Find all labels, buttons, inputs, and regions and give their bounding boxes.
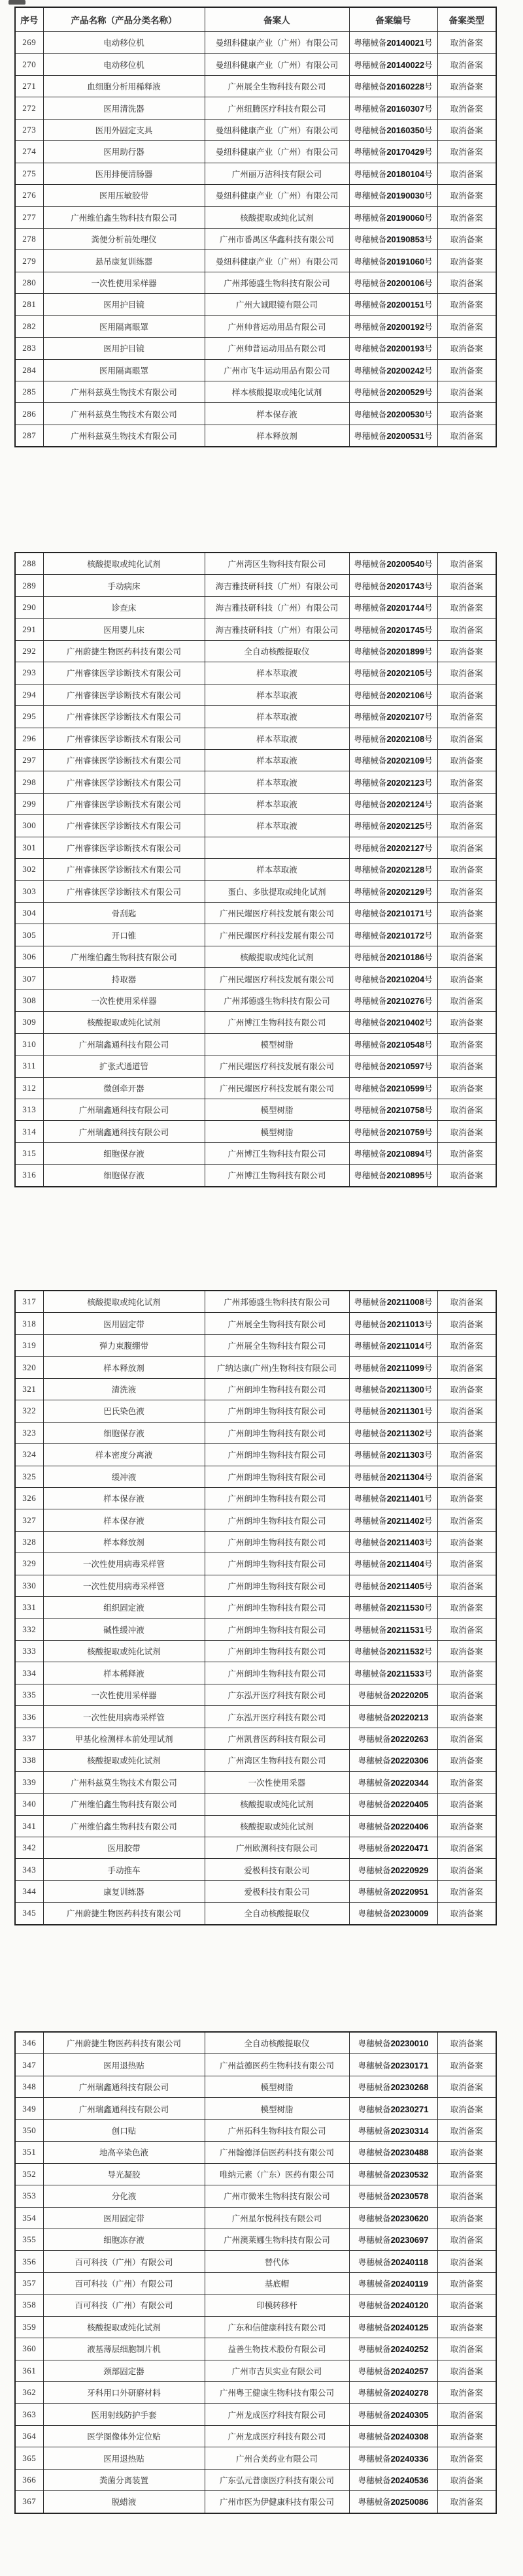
cell-registrant: 广东泓开医疗科技有限公司 — [205, 1706, 349, 1728]
cell-seq: 300 — [15, 815, 43, 837]
cell-reg-number: 粤穗械备20230268 — [349, 2076, 437, 2097]
table-row: 270电动移位机曼纽科健康产业（广州）有限公司粤穗械备20140022号取消备案 — [15, 54, 496, 75]
cell-reg-type: 取消备案 — [437, 250, 496, 272]
cell-reg-number: 粤穗械备20211533号 — [349, 1662, 437, 1684]
header-row: 序号产品名称（产品分类名称）备案人备案编号备案类型 — [15, 7, 496, 32]
cell-product-name: 广州睿徕医学诊断技术有限公司 — [43, 706, 205, 728]
cell-product-name: 广州维伯鑫生物科技有限公司 — [43, 206, 205, 228]
cell-product-name: 样本保存液 — [43, 1487, 205, 1509]
table-row: 288核酸提取或纯化试剂广州湾区生物科技有限公司粤穗械备20200540号取消备… — [15, 553, 496, 575]
cell-seq: 292 — [15, 640, 43, 662]
cell-reg-number: 粤穗械备20210895号 — [349, 1165, 437, 1187]
cell-reg-number: 粤穗械备20230488 — [349, 2142, 437, 2163]
cell-product-name: 样本保存液 — [43, 1509, 205, 1531]
cell-reg-type: 取消备案 — [437, 771, 496, 793]
column-header: 产品名称（产品分类名称） — [43, 7, 205, 32]
cell-seq: 339 — [15, 1771, 43, 1793]
cell-seq: 285 — [15, 381, 43, 403]
cell-product-name: 缓冲液 — [43, 1466, 205, 1487]
cell-seq: 316 — [15, 1165, 43, 1187]
cell-registrant: 模型树脂 — [205, 1121, 349, 1142]
cell-seq: 365 — [15, 2447, 43, 2469]
table-row: 297广州睿徕医学诊断技术有限公司样本萃取液粤穗械备20202109号取消备案 — [15, 749, 496, 771]
cell-registrant: 替代体 — [205, 2251, 349, 2272]
cell-product-name: 血细胞分析用稀释液 — [43, 75, 205, 97]
cell-product-name: 医用隔离眼罩 — [43, 315, 205, 337]
cell-seq: 357 — [15, 2272, 43, 2294]
table-row: 334样本稀释液广州朗坤生物科技有限公司粤穗械备20211533号取消备案 — [15, 1662, 496, 1684]
table-row: 307持取器广州民燿医疗科技发展有限公司粤穗械备20210204号取消备案 — [15, 968, 496, 990]
cell-registrant: 样本萃取液 — [205, 728, 349, 749]
cell-reg-number: 粤穗械备20211302号 — [349, 1422, 437, 1443]
table-row: 293广州睿徕医学诊断技术有限公司样本萃取液粤穗械备20202105号取消备案 — [15, 662, 496, 684]
table-row: 305开口锥广州民燿医疗科技发展有限公司粤穗械备20210172号取消备案 — [15, 924, 496, 946]
cell-reg-type: 取消备案 — [437, 425, 496, 447]
cell-product-name: 医用外固定支具 — [43, 119, 205, 140]
cell-registrant: 广州纽腾医疗科技有限公司 — [205, 97, 349, 119]
cell-product-name: 手动病床 — [43, 575, 205, 596]
cell-reg-type: 取消备案 — [437, 2425, 496, 2447]
cell-seq: 298 — [15, 771, 43, 793]
table-row: 309核酸提取或纯化试剂广州博江生物科技有限公司粤穗械备20210402号取消备… — [15, 1012, 496, 1033]
cell-product-name: 广州瑞鑫通科技有限公司 — [43, 1033, 205, 1055]
table-row: 354医用固定带广州星尔悦科技有限公司粤穗械备20230620取消备案 — [15, 2207, 496, 2229]
cell-registrant: 爱极科技有限公司 — [205, 1880, 349, 1902]
cell-seq: 352 — [15, 2163, 43, 2185]
cell-seq: 330 — [15, 1575, 43, 1596]
cell-product-name: 地高辛染色液 — [43, 2142, 205, 2163]
cell-reg-number: 粤穗械备20230271 — [349, 2098, 437, 2119]
cell-seq: 307 — [15, 968, 43, 990]
table-row: 347医用退热贴广州益德医药生物科技有限公司粤穗械备20230171取消备案 — [15, 2054, 496, 2076]
cell-seq: 362 — [15, 2382, 43, 2404]
cell-reg-number: 粤穗械备20240278 — [349, 2382, 437, 2404]
cell-product-name: 样本密度分离液 — [43, 1444, 205, 1466]
cell-product-name: 广州瑞鑫通科技有限公司 — [43, 2098, 205, 2119]
cell-reg-type: 取消备案 — [437, 903, 496, 924]
cell-reg-type: 取消备案 — [437, 1771, 496, 1793]
cell-product-name: 广州睿徕医学诊断技术有限公司 — [43, 793, 205, 814]
cell-reg-number: 粤穗械备20210276号 — [349, 990, 437, 1011]
cell-registrant: 广州博江生物科技有限公司 — [205, 1165, 349, 1187]
cell-reg-number: 粤穗械备20210758号 — [349, 1099, 437, 1120]
cell-reg-number: 粤穗械备20210599号 — [349, 1077, 437, 1099]
cell-product-name: 医用固定带 — [43, 1313, 205, 1334]
table-row: 364医学图像体外定位贴广州龙成医疗科技有限公司粤穗械备20240308取消备案 — [15, 2425, 496, 2447]
cell-reg-number: 粤穗械备20211013号 — [349, 1313, 437, 1334]
cell-seq: 343 — [15, 1859, 43, 1880]
cell-product-name: 持取器 — [43, 968, 205, 990]
cell-reg-number: 粤穗械备20210204号 — [349, 968, 437, 990]
cell-seq: 275 — [15, 163, 43, 184]
cell-reg-number: 粤穗械备20200540号 — [349, 553, 437, 575]
cell-seq: 295 — [15, 706, 43, 728]
cell-reg-type: 取消备案 — [437, 2294, 496, 2316]
cell-seq: 359 — [15, 2316, 43, 2338]
cell-product-name: 诊查床 — [43, 596, 205, 618]
cell-product-name: 核酸提取或纯化试剂 — [43, 553, 205, 575]
table-row: 361颈部固定器广州市吉贝实业有限公司粤穗械备20240257取消备案 — [15, 2360, 496, 2381]
cell-reg-type: 取消备案 — [437, 2382, 496, 2404]
cell-reg-type: 取消备案 — [437, 924, 496, 946]
cell-reg-number: 粤穗械备20200192号 — [349, 315, 437, 337]
table-row: 301广州睿徕医学诊断技术有限公司粤穗械备20202127号取消备案 — [15, 837, 496, 858]
cell-reg-type: 取消备案 — [437, 968, 496, 990]
cell-reg-number: 粤穗械备20211402号 — [349, 1509, 437, 1531]
cell-registrant: 广州市吉贝实业有限公司 — [205, 2360, 349, 2381]
cell-registrant: 广州丽万洁科技有限公司 — [205, 163, 349, 184]
cell-seq: 280 — [15, 272, 43, 293]
table-row: 276医用压敏胶带曼纽科健康产业（广州）有限公司粤穗械备20190030号取消备… — [15, 185, 496, 206]
cell-reg-number: 粤穗械备20202124号 — [349, 793, 437, 814]
cell-registrant: 核酸提取或纯化试剂 — [205, 1794, 349, 1815]
cell-reg-type: 取消备案 — [437, 1012, 496, 1033]
cell-registrant: 广州帅普运动用品有限公司 — [205, 315, 349, 337]
cell-seq: 367 — [15, 2491, 43, 2513]
cell-registrant: 模型树脂 — [205, 2098, 349, 2119]
cell-registrant: 海吉雅技研科技（广州）有限公司 — [205, 596, 349, 618]
table-row: 342医用胶带广州欧测科技有限公司粤穗械备20220471取消备案 — [15, 1837, 496, 1858]
cell-product-name: 导光凝胶 — [43, 2163, 205, 2185]
cell-seq: 342 — [15, 1837, 43, 1858]
cell-registrant: 广州湾区生物科技有限公司 — [205, 553, 349, 575]
cell-reg-number: 粤穗械备20211300号 — [349, 1378, 437, 1400]
cell-registrant: 曼纽科健康产业（广州）有限公司 — [205, 141, 349, 163]
cell-reg-number: 粤穗械备20200531号 — [349, 425, 437, 447]
cell-registrant: 广纳达康(广州)生物科技有限公司 — [205, 1357, 349, 1378]
cell-seq: 296 — [15, 728, 43, 749]
cell-reg-number: 粤穗械备20210759号 — [349, 1121, 437, 1142]
table-row: 339广州科兹莫生物技术有限公司一次性使用采器粤穗械备20220344取消备案 — [15, 1771, 496, 1793]
cell-reg-type: 取消备案 — [437, 1597, 496, 1618]
cell-reg-type: 取消备案 — [437, 2491, 496, 2513]
cell-seq: 293 — [15, 662, 43, 684]
table-row: 351地高辛染色液广州翰德泽信医药科技有限公司粤穗械备20230488取消备案 — [15, 2142, 496, 2163]
table-row: 341广州维伯鑫生物科技有限公司核酸提取或纯化试剂粤穗械备20220406取消备… — [15, 1815, 496, 1837]
cell-registrant: 广州朗坤生物科技有限公司 — [205, 1618, 349, 1640]
cell-seq: 291 — [15, 619, 43, 640]
table-row: 327样本保存液广州朗坤生物科技有限公司粤穗械备20211402号取消备案 — [15, 1509, 496, 1531]
table-row: 295广州睿徕医学诊断技术有限公司样本萃取液粤穗械备20202107号取消备案 — [15, 706, 496, 728]
cell-registrant: 广州邦德盛生物科技有限公司 — [205, 272, 349, 293]
cell-product-name: 广州蔚捷生物医药科技有限公司 — [43, 1903, 205, 1925]
cell-seq: 334 — [15, 1662, 43, 1684]
cell-seq: 284 — [15, 359, 43, 381]
cell-reg-type: 取消备案 — [437, 2229, 496, 2250]
cell-reg-type: 取消备案 — [437, 946, 496, 967]
cell-seq: 320 — [15, 1357, 43, 1378]
cell-reg-type: 取消备案 — [437, 1487, 496, 1509]
table-row: 366粪菌分离装置广东弘元普康医疗科技有限公司粤穗械备20240536取消备案 — [15, 2469, 496, 2490]
table-row: 365医用退热贴广州合美药业有限公司粤穗械备20240336取消备案 — [15, 2447, 496, 2469]
table-row: 285广州科兹莫生物技术有限公司样本核酸提取或纯化试剂粤穗械备20200529号… — [15, 381, 496, 403]
cell-product-name: 细胞冻存液 — [43, 2229, 205, 2250]
table-row: 304骨刮匙广州民燿医疗科技发展有限公司粤穗械备20210171号取消备案 — [15, 903, 496, 924]
cell-reg-number: 粤穗械备20202109号 — [349, 749, 437, 771]
cell-product-name: 广州瑞鑫通科技有限公司 — [43, 1099, 205, 1120]
table-row: 279悬吊康复训练器曼纽科健康产业（广州）有限公司粤穗械备20191060号取消… — [15, 250, 496, 272]
cell-registrant: 广州合美药业有限公司 — [205, 2447, 349, 2469]
cell-product-name: 广州蔚捷生物医药科技有限公司 — [43, 640, 205, 662]
cell-seq: 313 — [15, 1099, 43, 1120]
cell-reg-type: 取消备案 — [437, 1077, 496, 1099]
cell-registrant: 样本释放剂 — [205, 425, 349, 447]
cell-reg-type: 取消备案 — [437, 2447, 496, 2469]
cell-seq: 328 — [15, 1531, 43, 1553]
table-row: 355细胞冻存液广州澳莱娜生物科技有限公司粤穗械备20230697取消备案 — [15, 2229, 496, 2250]
cell-reg-type: 取消备案 — [437, 815, 496, 837]
cell-reg-type: 取消备案 — [437, 619, 496, 640]
cell-seq: 338 — [15, 1750, 43, 1771]
cell-registrant: 广州朗坤生物科技有限公司 — [205, 1444, 349, 1466]
table-row: 311扩张式通道管广州民燿医疗科技发展有限公司粤穗械备20210597号取消备案 — [15, 1055, 496, 1077]
table-row: 340广州维伯鑫生物科技有限公司核酸提取或纯化试剂粤穗械备20220405取消备… — [15, 1794, 496, 1815]
cell-registrant: 海吉雅技研科技（广州）有限公司 — [205, 575, 349, 596]
table-row: 356百可科技（广州）有限公司替代体粤穗械备20240118取消备案 — [15, 2251, 496, 2272]
cell-product-name: 广州科兹莫生物技术有限公司 — [43, 1771, 205, 1793]
cell-reg-type: 取消备案 — [437, 2185, 496, 2207]
cell-reg-type: 取消备案 — [437, 381, 496, 403]
cell-seq: 331 — [15, 1597, 43, 1618]
cell-reg-type: 取消备案 — [437, 1662, 496, 1684]
cell-registrant: 广州民燿医疗科技发展有限公司 — [205, 1077, 349, 1099]
table-row: 281医用护目镜广州大诚眼镜有限公司粤穗械备20200151号取消备案 — [15, 294, 496, 315]
cell-registrant: 全自动核酸提取仪 — [205, 2032, 349, 2054]
cell-reg-number: 粤穗械备20160228号 — [349, 75, 437, 97]
cell-product-name: 细胞保存液 — [43, 1422, 205, 1443]
table-row: 282医用隔离眼罩广州帅普运动用品有限公司粤穗械备20200192号取消备案 — [15, 315, 496, 337]
cell-seq: 309 — [15, 1012, 43, 1033]
cell-reg-type: 取消备案 — [437, 1165, 496, 1187]
cell-reg-type: 取消备案 — [437, 338, 496, 359]
cell-product-name: 牙科用口外研磨材料 — [43, 2382, 205, 2404]
column-header: 备案编号 — [349, 7, 437, 32]
cell-reg-number: 粤穗械备20201745号 — [349, 619, 437, 640]
cell-product-name: 扩张式通道管 — [43, 1055, 205, 1077]
table-row: 286广州科兹莫生物技术有限公司样本保存液粤穗械备20200530号取消备案 — [15, 403, 496, 425]
cell-seq: 344 — [15, 1880, 43, 1902]
cell-seq: 297 — [15, 749, 43, 771]
cell-registrant: 广州展全生物科技有限公司 — [205, 1313, 349, 1334]
cell-reg-number: 粤穗械备20210186号 — [349, 946, 437, 967]
cell-product-name: 广州瑞鑫通科技有限公司 — [43, 1121, 205, 1142]
cell-product-name: 医用射线防护手套 — [43, 2404, 205, 2425]
cell-reg-number: 粤穗械备20220205 — [349, 1684, 437, 1705]
table-row: 350创口贴广州拓科生物科技有限公司粤穗械备20230314取消备案 — [15, 2119, 496, 2141]
cell-seq: 326 — [15, 1487, 43, 1509]
cell-product-name: 一次性使用采样器 — [43, 990, 205, 1011]
cell-product-name: 样本释放剂 — [43, 1357, 205, 1378]
cell-reg-number: 粤穗械备20230697 — [349, 2229, 437, 2250]
cell-registrant: 广州邦德盛生物科技有限公司 — [205, 990, 349, 1011]
cell-seq: 327 — [15, 1509, 43, 1531]
cell-registrant: 广州民燿医疗科技发展有限公司 — [205, 1055, 349, 1077]
table-row: 275医用排便清肠器广州丽万洁科技有限公司粤穗械备20180104号取消备案 — [15, 163, 496, 184]
cell-reg-number: 粤穗械备20220406 — [349, 1815, 437, 1837]
table-row: 336一次性使用病毒采样管广东泓开医疗科技有限公司粤穗械备20220213取消备… — [15, 1706, 496, 1728]
cell-product-name: 核酸提取或纯化试剂 — [43, 1291, 205, 1313]
registration-table-page-1: 序号产品名称（产品分类名称）备案人备案编号备案类型269电动移位机曼纽科健康产业… — [14, 7, 496, 447]
cell-reg-type: 取消备案 — [437, 1880, 496, 1902]
cell-product-name: 样本释放剂 — [43, 1531, 205, 1553]
cell-registrant — [205, 837, 349, 858]
cell-reg-number: 粤穗械备20202106号 — [349, 684, 437, 705]
cell-product-name: 医用婴儿床 — [43, 619, 205, 640]
table-row: 300广州睿徕医学诊断技术有限公司样本萃取液粤穗械备20202125号取消备案 — [15, 815, 496, 837]
cell-seq: 278 — [15, 228, 43, 250]
cell-reg-number: 粤穗械备20220344 — [349, 1771, 437, 1793]
table-row: 317核酸提取或纯化试剂广州邦德盛生物科技有限公司粤穗械备20211008号取消… — [15, 1291, 496, 1313]
cell-reg-type: 取消备案 — [437, 1466, 496, 1487]
cell-reg-type: 取消备案 — [437, 662, 496, 684]
cell-seq: 336 — [15, 1706, 43, 1728]
cell-registrant: 广州朗坤生物科技有限公司 — [205, 1597, 349, 1618]
cell-product-name: 开口锥 — [43, 924, 205, 946]
table-row: 298广州睿徕医学诊断技术有限公司样本萃取液粤穗械备20202123号取消备案 — [15, 771, 496, 793]
cell-registrant: 广东和信健康科技有限公司 — [205, 2316, 349, 2338]
cell-registrant: 广州朗坤生物科技有限公司 — [205, 1553, 349, 1575]
cell-reg-type: 取消备案 — [437, 1641, 496, 1662]
cell-reg-number: 粤穗械备20200151号 — [349, 294, 437, 315]
cell-seq: 294 — [15, 684, 43, 705]
table-row: 278粪便分析前处理仪广州市番禺区华鑫科技有限公司粤穗械备20190853号取消… — [15, 228, 496, 250]
cell-registrant: 蛋白、多肽提取或纯化试剂 — [205, 880, 349, 902]
cell-seq: 305 — [15, 924, 43, 946]
table-row: 322巴氏染色液广州朗坤生物科技有限公司粤穗械备20211301号取消备案 — [15, 1400, 496, 1422]
cell-seq: 340 — [15, 1794, 43, 1815]
cell-registrant: 益善生物技术股份有限公司 — [205, 2338, 349, 2360]
cell-registrant: 核酸提取或纯化试剂 — [205, 946, 349, 967]
cell-reg-number: 粤穗械备20240305 — [349, 2404, 437, 2425]
cell-reg-type: 取消备案 — [437, 163, 496, 184]
cell-seq: 347 — [15, 2054, 43, 2076]
cell-product-name: 医用护目镜 — [43, 338, 205, 359]
cell-registrant: 广州粤王健康生物科技有限公司 — [205, 2382, 349, 2404]
cell-registrant: 样本萃取液 — [205, 662, 349, 684]
cell-registrant: 广州龙成医疗科技有限公司 — [205, 2425, 349, 2447]
cell-seq: 281 — [15, 294, 43, 315]
cell-reg-type: 取消备案 — [437, 1553, 496, 1575]
table-row: 314广州瑞鑫通科技有限公司模型树脂粤穗械备20210759号取消备案 — [15, 1121, 496, 1142]
cell-product-name: 样本稀释液 — [43, 1662, 205, 1684]
cell-product-name: 医用胶带 — [43, 1837, 205, 1858]
cell-reg-number: 粤穗械备20190030号 — [349, 185, 437, 206]
table-row: 333核酸提取或纯化试剂广州朗坤生物科技有限公司粤穗械备20211532号取消备… — [15, 1641, 496, 1662]
cell-seq: 345 — [15, 1903, 43, 1925]
cell-product-name: 广州睿徕医学诊断技术有限公司 — [43, 684, 205, 705]
cell-product-name: 广州睿徕医学诊断技术有限公司 — [43, 837, 205, 858]
cell-product-name: 粪便分析前处理仪 — [43, 228, 205, 250]
table-row: 343手动推车爱极科技有限公司粤穗械备20220929取消备案 — [15, 1859, 496, 1880]
cell-registrant: 广州凯普医药科技有限公司 — [205, 1728, 349, 1749]
cell-reg-type: 取消备案 — [437, 2251, 496, 2272]
cell-product-name: 清洗液 — [43, 1378, 205, 1400]
cell-registrant: 基底帽 — [205, 2272, 349, 2294]
cell-reg-number: 粤穗械备20211532号 — [349, 1641, 437, 1662]
cell-registrant: 全自动核酸提取仪 — [205, 640, 349, 662]
registration-table-page-2: 288核酸提取或纯化试剂广州湾区生物科技有限公司粤穗械备20200540号取消备… — [14, 552, 496, 1187]
cell-seq: 272 — [15, 97, 43, 119]
cell-reg-number: 粤穗械备20230620 — [349, 2207, 437, 2229]
cell-registrant: 广州朗坤生物科技有限公司 — [205, 1531, 349, 1553]
cell-seq: 332 — [15, 1618, 43, 1640]
cell-product-name: 广州科兹莫生物技术有限公司 — [43, 403, 205, 425]
cell-reg-number: 粤穗械备20220471 — [349, 1837, 437, 1858]
cell-seq: 271 — [15, 75, 43, 97]
cell-product-name: 碱性缓冲液 — [43, 1618, 205, 1640]
cell-registrant: 广州朗坤生物科技有限公司 — [205, 1509, 349, 1531]
cell-reg-number: 粤穗械备20211099号 — [349, 1357, 437, 1378]
cell-product-name: 一次性使用病毒采样管 — [43, 1706, 205, 1728]
cell-reg-type: 取消备案 — [437, 2054, 496, 2076]
cell-seq: 355 — [15, 2229, 43, 2250]
cell-seq: 301 — [15, 837, 43, 858]
cell-reg-number: 粤穗械备20220951 — [349, 1880, 437, 1902]
cell-seq: 286 — [15, 403, 43, 425]
cell-seq: 319 — [15, 1334, 43, 1356]
cell-seq: 324 — [15, 1444, 43, 1466]
cell-product-name: 一次性使用采样器 — [43, 1684, 205, 1705]
cell-seq: 333 — [15, 1641, 43, 1662]
cell-seq: 273 — [15, 119, 43, 140]
cell-reg-number: 粤穗械备20240536 — [349, 2469, 437, 2490]
cell-product-name: 广州瑞鑫通科技有限公司 — [43, 2076, 205, 2097]
table-row: 287广州科兹莫生物技术有限公司样本释放剂粤穗械备20200531号取消备案 — [15, 425, 496, 447]
cell-registrant: 一次性使用采器 — [205, 1771, 349, 1793]
cell-seq: 329 — [15, 1553, 43, 1575]
cell-reg-type: 取消备案 — [437, 97, 496, 119]
table-row: 353分化液广州市微米生物科技有限公司粤穗械备20230578取消备案 — [15, 2185, 496, 2207]
cell-product-name: 广州睿徕医学诊断技术有限公司 — [43, 771, 205, 793]
registration-table: 346广州蔚捷生物医药科技有限公司全自动核酸提取仪粤穗械备20230010取消备… — [14, 2031, 497, 2514]
cell-product-name: 医用排便清肠器 — [43, 163, 205, 184]
cell-seq: 363 — [15, 2404, 43, 2425]
cell-reg-type: 取消备案 — [437, 575, 496, 596]
cell-reg-number: 粤穗械备20140022号 — [349, 54, 437, 75]
cell-reg-type: 取消备案 — [437, 1684, 496, 1705]
cell-registrant: 广州欧测科技有限公司 — [205, 1837, 349, 1858]
cell-seq: 302 — [15, 859, 43, 880]
cell-reg-type: 取消备案 — [437, 2098, 496, 2119]
cell-reg-number: 粤穗械备20202129号 — [349, 880, 437, 902]
cell-product-name: 一次性使用病毒采样管 — [43, 1553, 205, 1575]
table-row: 283医用护目镜广州帅普运动用品有限公司粤穗械备20200193号取消备案 — [15, 338, 496, 359]
cell-reg-number: 粤穗械备20211530号 — [349, 1597, 437, 1618]
table-row: 348广州瑞鑫通科技有限公司模型树脂粤穗械备20230268取消备案 — [15, 2076, 496, 2097]
cell-reg-type: 取消备案 — [437, 294, 496, 315]
cell-product-name: 广州科兹莫生物技术有限公司 — [43, 381, 205, 403]
cell-reg-type: 取消备案 — [437, 728, 496, 749]
cell-registrant: 广州民燿医疗科技发展有限公司 — [205, 903, 349, 924]
cell-reg-number: 粤穗械备20210548号 — [349, 1033, 437, 1055]
cell-seq: 349 — [15, 2098, 43, 2119]
cell-seq: 283 — [15, 338, 43, 359]
cell-product-name: 百可科技（广州）有限公司 — [43, 2251, 205, 2272]
cell-seq: 277 — [15, 206, 43, 228]
table-row: 271血细胞分析用稀释液广州展全生物科技有限公司粤穗械备20160228号取消备… — [15, 75, 496, 97]
cell-seq: 269 — [15, 32, 43, 54]
cell-reg-number: 粤穗械备20180104号 — [349, 163, 437, 184]
cell-registrant: 广州澳莱娜生物科技有限公司 — [205, 2229, 349, 2250]
cell-reg-number: 粤穗械备20200530号 — [349, 403, 437, 425]
cell-product-name: 医用固定带 — [43, 2207, 205, 2229]
cell-product-name: 广州睿徕医学诊断技术有限公司 — [43, 859, 205, 880]
cell-registrant: 广州朗坤生物科技有限公司 — [205, 1400, 349, 1422]
cell-registrant: 广州市飞牛运动用品有限公司 — [205, 359, 349, 381]
cell-reg-number: 粤穗械备20202127号 — [349, 837, 437, 858]
cell-seq: 299 — [15, 793, 43, 814]
cell-reg-number: 粤穗械备20210402号 — [349, 1012, 437, 1033]
